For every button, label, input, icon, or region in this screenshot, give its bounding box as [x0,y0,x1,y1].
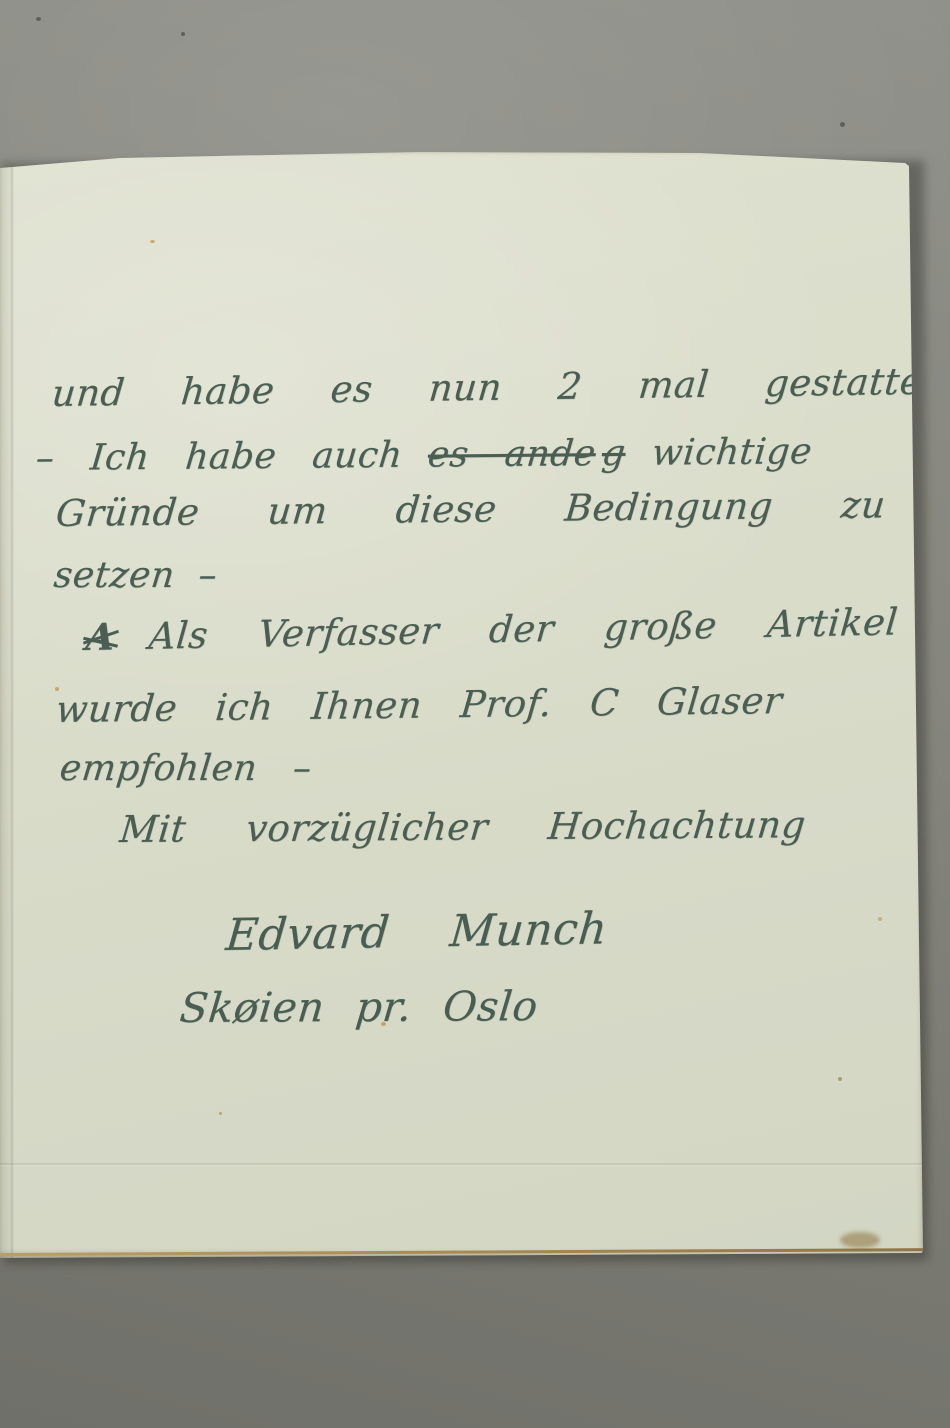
line-text: empfohlen – [58,748,314,789]
foxing-spot [838,1077,842,1081]
handwritten-line-2: – Ich habe auches andegwichtige [36,431,812,479]
address-line: Skøien pr. Oslo [180,982,538,1032]
signature-line: Edvard Munch [226,903,608,961]
line-text: Gründe um diese Bedingung zu [54,483,888,535]
left-fold-crease [11,150,13,1258]
line-text: setzen – [52,555,219,596]
foxing-spot [219,1112,222,1115]
address-text: Skøien pr. Oslo [178,982,541,1032]
strikethrough-letter: g [600,433,627,474]
dust-speck [36,17,41,21]
handwritten-line-1: und habe es nun 2 mal gestattet [52,360,938,415]
handwritten-line-7: empfohlen – [60,748,312,789]
line-text: Als Verfasser der große Artikel [147,600,900,657]
letter-page: und habe es nun 2 mal gestattet – Ich ha… [0,150,925,1258]
dust-speck [181,32,185,36]
handwritten-line-3: Gründe um diese Bedingung zu [56,483,886,535]
strikethrough-text: es ande [426,433,598,475]
dust-speck [840,122,845,127]
horizontal-fold-crease [0,1163,925,1165]
brown-stain [840,1232,880,1248]
closing-line: Mit vorzüglicher Hochachtung [120,803,806,851]
line-text: Mit vorzüglicher Hochachtung [118,803,808,851]
line-text: – Ich habe auch [34,435,404,479]
handwritten-line-5: AAls Verfasser der große Artikel [86,599,899,659]
handwritten-line-6: wurde ich Ihnen Prof. C Glaser [56,679,783,731]
scan-background: und habe es nun 2 mal gestattet – Ich ha… [0,0,950,1428]
line-text: wichtige [650,431,814,473]
scribbled-out-letter: A [84,614,117,659]
signature-text: Edvard Munch [224,903,610,961]
foxing-spot [150,240,155,243]
line-text: wurde ich Ihnen Prof. C Glaser [54,679,784,731]
handwritten-line-4: setzen – [54,555,217,596]
foxing-spot [878,917,882,921]
line-text: und habe es nun 2 mal gestattet [50,360,940,415]
